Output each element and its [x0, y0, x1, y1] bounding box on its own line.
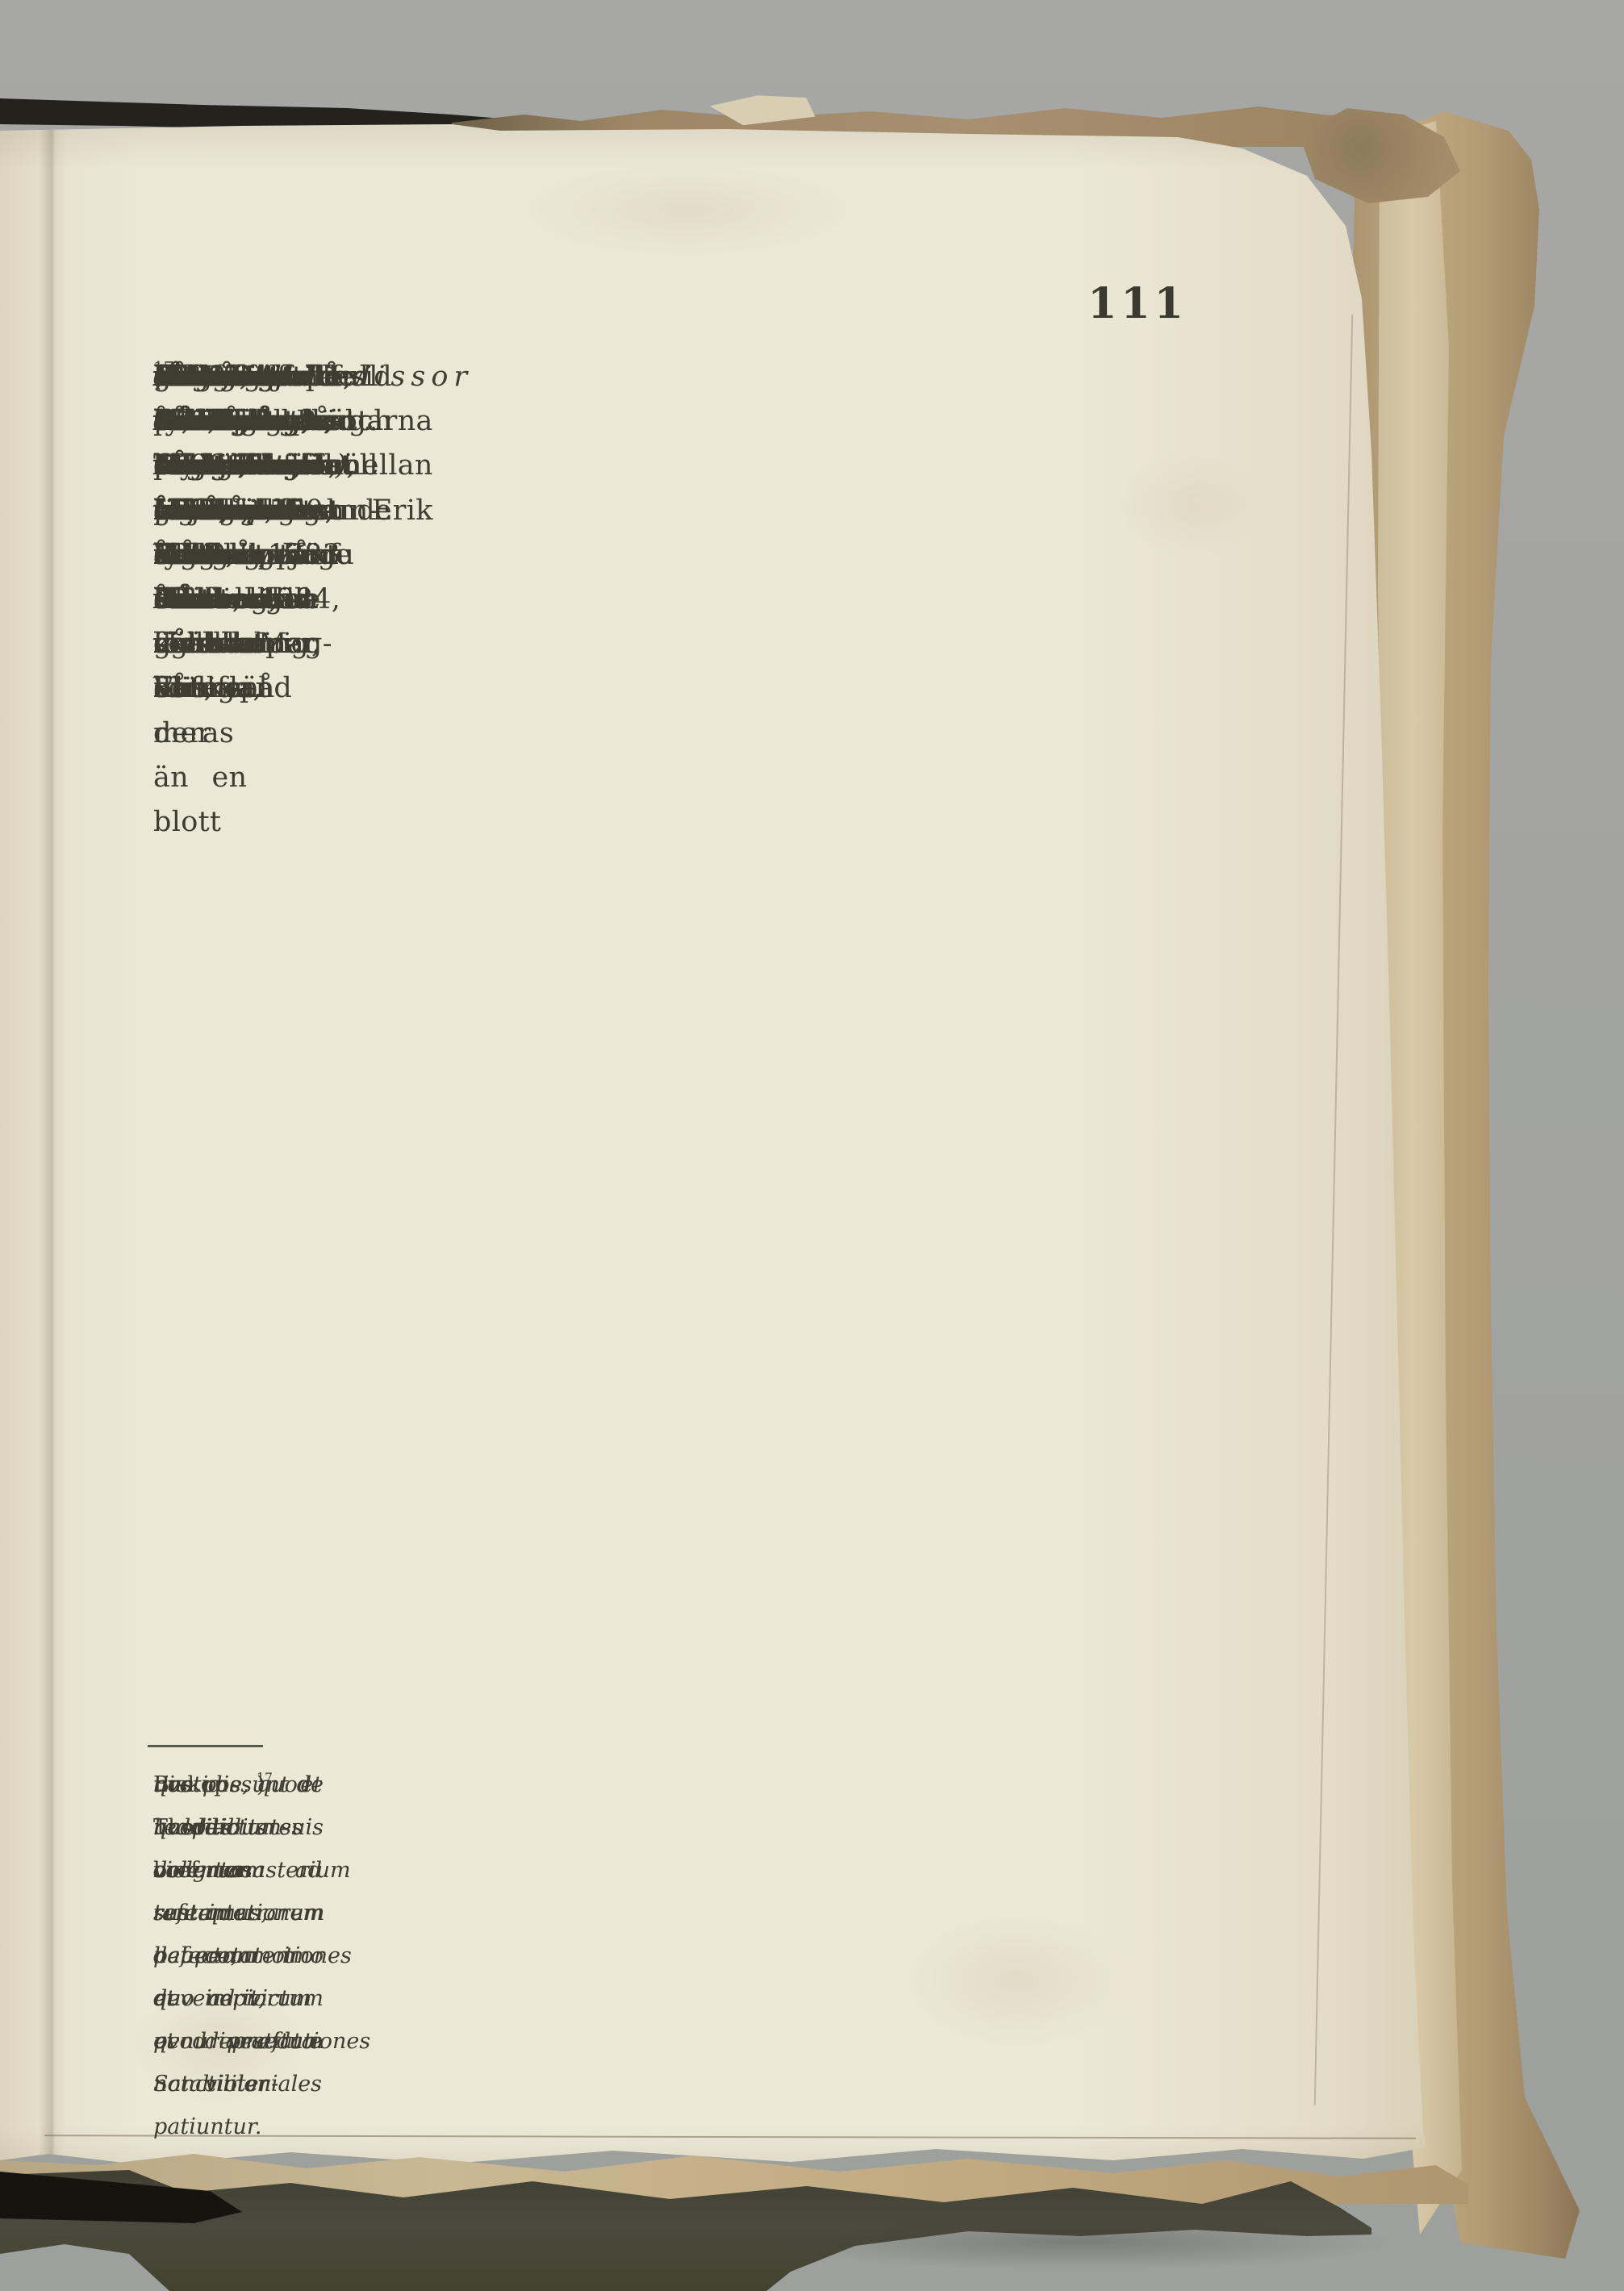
- bottom-shadow: [766, 2214, 1396, 2270]
- gutter-crease: [39, 127, 66, 2160]
- page-number: 111: [1073, 279, 1202, 328]
- paper-stain: [516, 161, 855, 258]
- text-segment: såsom klostrets styrarinna.: [153, 355, 313, 489]
- page-edge-hairline: [1314, 315, 1353, 2105]
- paper-stain: [1113, 452, 1267, 557]
- text-segment: Biskop Thords bref.: [153, 1763, 231, 1892]
- book-page-scan: 111 säkran om full besittningsrätt. Härm…: [0, 0, 1624, 2291]
- footnote-separator: [148, 1745, 263, 1747]
- paper-stain: [904, 1912, 1129, 2049]
